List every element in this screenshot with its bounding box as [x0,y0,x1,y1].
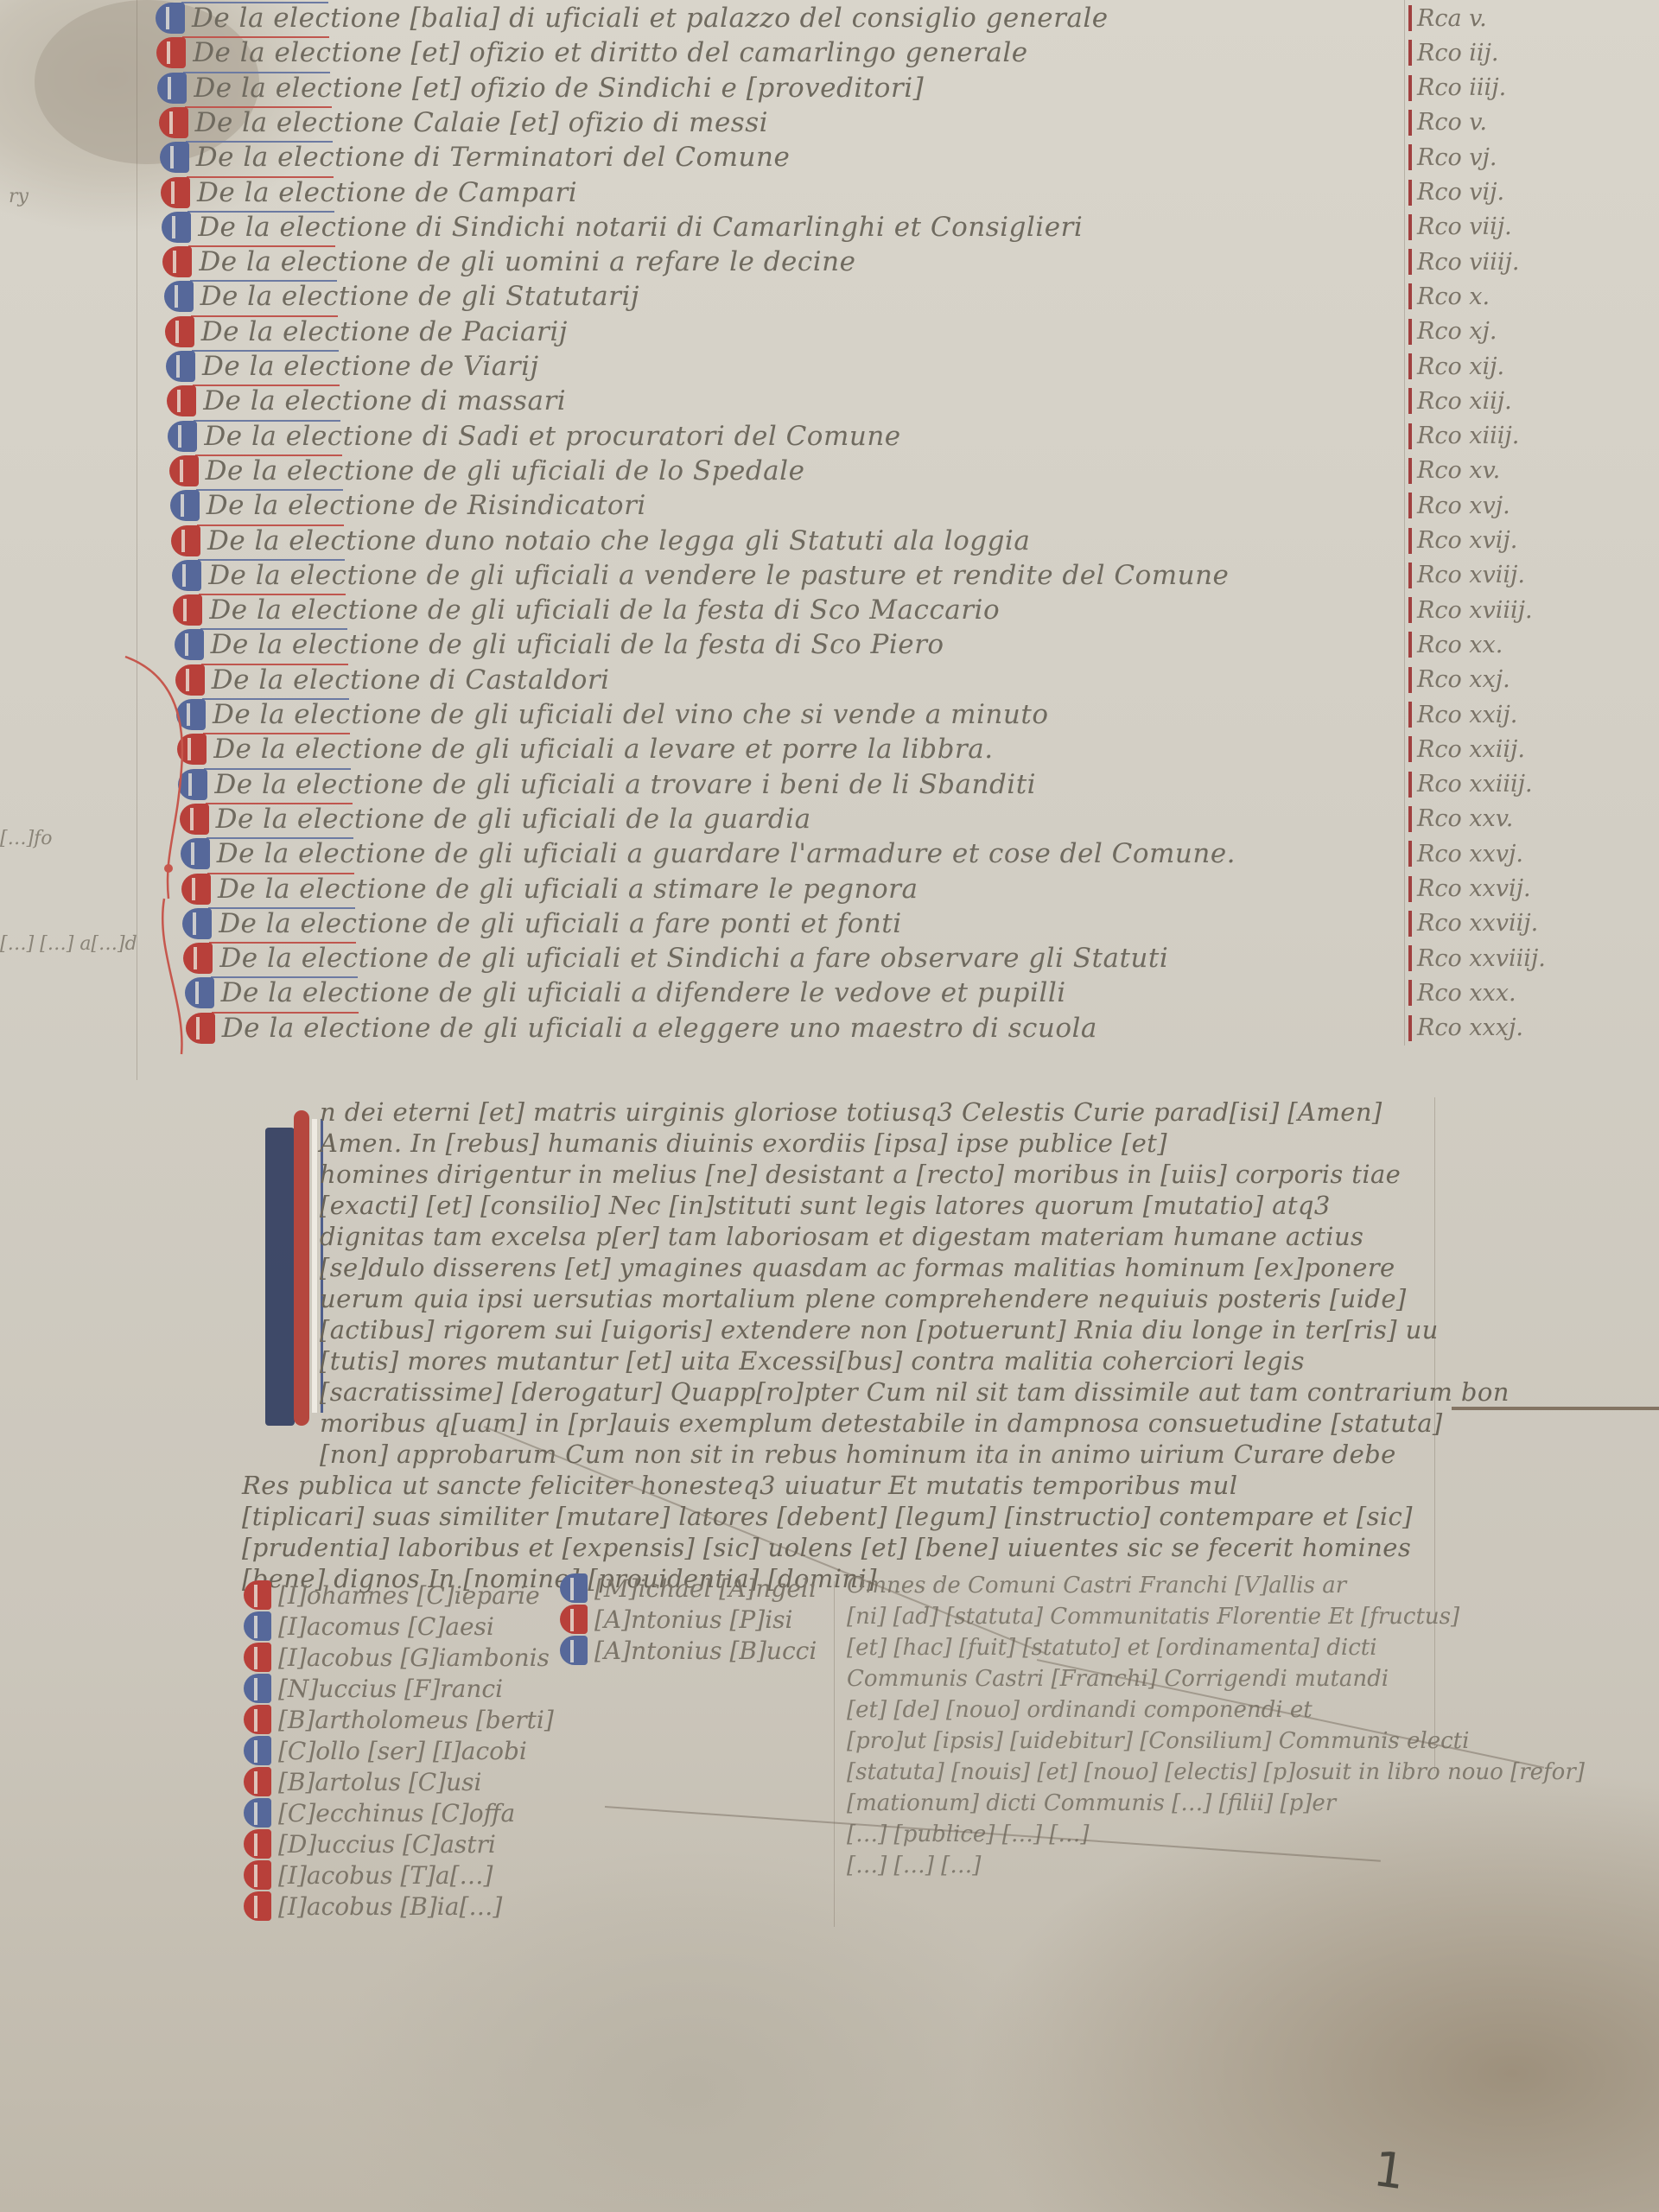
signature-entry: [C]ecchinus [C]offa [244,1796,515,1830]
rubric-number: Rco xxj. [1408,664,1510,696]
signature-block-line: [et] [hac] [fuit] [statuto] et [ordiname… [847,1635,1377,1668]
rubric-number-text: Rco xxxj. [1417,1014,1523,1041]
toc-entry: De la electione de gli uficiali de lo Sp… [169,454,805,487]
toc-entry-text: De la electione de gli Statutarij [200,281,639,312]
rubric-number: Rco xvj. [1408,489,1510,522]
paragraph-mark-icon [244,1611,271,1641]
rubric-bar-icon [1408,110,1412,136]
rubric-number-text: Rca v. [1417,5,1487,32]
rubric-line [190,280,337,282]
signature-name: [D]uccius [C]astri [278,1830,496,1859]
paragraph-mark-icon [244,1705,271,1734]
folio-number: 1 [1370,2141,1408,2201]
paragraph-mark-icon [161,177,190,208]
rubric-line [195,454,342,456]
rubric-line [208,907,355,909]
toc-entry: De la electione de Campari [161,176,577,209]
rubric-number: Rco xj. [1408,315,1497,348]
rubric-number: Rco vj. [1408,141,1497,174]
signature-name: [I]acobus [T]a[…] [278,1861,493,1890]
rubric-number-text: Rco vj. [1417,144,1497,171]
toc-entry: De la electione di Castaldori [175,664,610,696]
rubric-line [181,2,328,3]
rubric-line [207,873,354,874]
rubric-number-text: Rco xxv. [1417,805,1513,832]
paragraph-mark-icon [160,142,189,173]
rubric-line [188,245,335,247]
toc-entry-text: De la electione de gli uficiali de la fe… [211,629,944,660]
rubric-line [209,942,356,944]
prologue-line: Amen. In [rebus] humanis diuinis exordii… [320,1128,1167,1163]
signature-name: [B]artholomeus [berti] [278,1706,554,1734]
rubric-bar-icon [1408,597,1412,623]
rubric-line [197,524,344,526]
rubric-number-text: Rco xxij. [1417,702,1517,728]
rubric-line [212,1012,359,1014]
rubric-number: Rco xv. [1408,454,1500,487]
signature-entry: [B]artolus [C]usi [244,1764,482,1799]
rubric-line [193,385,340,386]
rubric-number-text: Rco xxvj. [1417,841,1523,868]
toc-entry-text: De la electione Calaie [et] ofizio di me… [195,107,768,138]
prologue-line: homines dirigentur in melius [ne] desist… [320,1160,1401,1194]
rubric-number: Rco xxij. [1408,698,1517,731]
signature-entry: [B]artholomeus [berti] [244,1702,554,1737]
rubric-number: Rco xxiij. [1408,733,1525,766]
paragraph-mark-icon [165,316,194,347]
rubric-number-text: Rco xxiij. [1417,736,1525,763]
rubric-bar-icon [1408,945,1412,971]
rubric-number-text: Rco xvj. [1417,493,1510,519]
toc-entry-text: De la electione de gli uficiali a levare… [213,734,993,765]
toc-entry-text: De la electione de gli uficiali a stimar… [218,874,918,905]
rubric-number-text: Rco xiiij. [1417,423,1519,449]
rubric-line [196,489,343,491]
rubric-number-text: Rco xiij. [1417,388,1512,415]
rubric-bar-icon [1408,841,1412,867]
rubric-number-text: Rco xxviiij. [1417,945,1546,972]
rubric-number-text: Rco viij. [1417,213,1512,240]
rubric-bar-icon [1408,1015,1412,1041]
rubric-number: Rco x. [1408,280,1490,313]
rubric-number: Rco iiij. [1408,72,1506,105]
toc-entry: De la electione de gli uficiali a stimar… [181,873,918,906]
toc-entry-text: De la electione duno notaio che legga gl… [207,525,1030,556]
rubric-bar-icon [1408,911,1412,937]
toc-entry: De la electione de gli uficiali et Sindi… [183,942,1168,975]
rubric-bar-icon [1408,772,1412,798]
rubric-number: Rco xxvj. [1408,837,1523,870]
rubric-number-text: Rco vij. [1417,179,1504,206]
toc-entry: De la electione de gli uficiali a fare p… [182,907,901,940]
rubric-bar-icon [1408,806,1412,832]
rubric-bar-icon [1408,493,1412,518]
rubric-number: Rco v. [1408,106,1487,139]
rubric-bar-icon [1408,980,1412,1006]
rubric-number-text: Rco xxvij. [1417,875,1531,902]
signature-name: [N]uccius [F]ranci [278,1675,503,1703]
rubric-number: Rco viiij. [1408,245,1519,278]
toc-entry: De la electione di Sindichi notarii di C… [162,211,1083,244]
rubric-line [203,733,350,734]
toc-entry-text: De la electione [balia] di uficiali et p… [192,3,1109,34]
signature-entry: [I]acobus [T]a[…] [244,1858,493,1892]
toc-entry: De la electione de gli uficiali a elegge… [186,1012,1097,1045]
paragraph-mark-icon [169,455,199,486]
rubric-number-text: Rco xxiiij. [1417,771,1533,798]
signature-entry: [C]ollo [ser] [I]acobi [244,1733,527,1768]
rubric-line [201,664,348,665]
rubric-number-text: Rco xxviij. [1417,910,1538,937]
paragraph-mark-icon [162,212,191,243]
toc-entry: De la electione de gli uficiali a difend… [185,976,1066,1009]
rubric-line [191,315,338,317]
rubric-number-text: Rco xxx. [1417,980,1516,1007]
rubric-bar-icon [1408,563,1412,588]
rubric-bar-icon [1408,75,1412,101]
signature-name: [A]ntonius [P]isi [594,1605,792,1634]
rubric-number-text: Rco x. [1417,283,1490,310]
toc-entry-text: De la electione di Castaldori [212,664,610,696]
rubric-number-text: Rco xvij. [1417,527,1517,554]
paragraph-mark-icon [157,73,187,104]
initial-red-stroke [294,1110,309,1426]
prologue-line: [exacti] [et] [consilio] Nec [in]stituti… [320,1191,1331,1225]
prologue-line: moribus q[uam] in [pr]auis exemplum dete… [320,1408,1443,1443]
paragraph-mark-icon [170,490,200,521]
toc-entry: De la electione de Paciarij [165,315,568,348]
rubric-bar-icon [1408,632,1412,658]
toc-entry: De la electione de gli uficiali a guarda… [181,837,1236,870]
toc-entry-text: De la electione [et] ofizio de Sindichi … [194,73,924,104]
toc-entry: De la electione de gli uficiali de la gu… [180,803,811,836]
toc-entry: De la electione de gli Statutarij [164,280,639,313]
toc-entry-text: De la electione de Risindicatori [207,490,646,521]
toc-entry-text: De la electione de gli uficiali del vino… [213,699,1048,730]
toc-entry-text: De la electione de gli uficiali a fare p… [219,908,901,939]
toc-entry: De la electione de gli uficiali a trovar… [178,768,1036,801]
paragraph-mark-icon [244,1643,271,1672]
rubric-bar-icon [1408,319,1412,345]
toc-entry: De la electione de gli uficiali a levare… [177,733,993,766]
rubric-bar-icon [1408,423,1412,449]
signature-block-line: Communis Castri [Franchi] Corrigendi mut… [847,1666,1389,1699]
rubric-number-text: Rco iiij. [1417,74,1506,101]
toc-entry-text: De la electione de gli uficiali de la fe… [209,594,1000,626]
signature-entry: [A]ntonius [B]ucci [560,1633,817,1668]
margin-note-top-left: ry [9,186,29,207]
paragraph-mark-icon [244,1860,271,1890]
rubric-number: Rca v. [1408,2,1487,35]
rubric-number: Rco xiij. [1408,385,1512,417]
toc-entry-text: De la electione [et] ofizio et diritto d… [193,37,1027,68]
prologue-line: [tiplicari] suas similiter [mutare] lato… [242,1502,1413,1536]
rubric-line [207,837,353,839]
paragraph-mark-icon [244,1736,271,1765]
paragraph-mark-icon [244,1767,271,1796]
rubric-line [186,141,333,143]
rubric-number: Rco xxv. [1408,803,1513,836]
paragraph-mark-icon [244,1674,271,1703]
toc-entry: De la electione de Risindicatori [170,489,646,522]
toc-entry: De la electione Calaie [et] ofizio di me… [159,106,768,139]
rubric-number-text: Rco xviiij. [1417,597,1533,624]
paragraph-mark-icon [244,1798,271,1827]
paragraph-mark-icon [560,1636,588,1665]
toc-entry-text: De la electione de gli uficiali de lo Sp… [206,455,805,486]
rubric-number: Rco xviiij. [1408,594,1533,626]
rubric-bar-icon [1408,876,1412,902]
toc-entry: De la electione [balia] di uficiali et p… [156,2,1109,35]
signature-entry: [A]ntonius [P]isi [560,1602,792,1637]
signature-entry: [M]ichael [A]ngeli [560,1571,817,1605]
signature-entry: [N]uccius [F]ranci [244,1671,503,1706]
rubric-number-text: Rco v. [1417,109,1487,136]
paragraph-mark-icon [162,246,192,277]
rubric-bar-icon [1408,736,1412,762]
manuscript-page: De la electione [balia] di uficiali et p… [0,0,1659,2212]
toc-entry: De la electione duno notaio che legga gl… [171,524,1030,557]
rubric-line [182,36,329,38]
toc-entry: De la electione de gli uficiali de la fe… [173,594,1000,626]
rubric-bar-icon [1408,528,1412,554]
toc-entry-text: De la electione de gli uficiali de la gu… [216,804,811,835]
toc-entry-text: De la electione de Viarij [202,351,539,382]
margin-note-left-1: […]fo [0,828,53,849]
signature-name: [A]ntonius [B]ucci [594,1637,817,1665]
prologue-line: uerum quia ipsi uersutias mortalium plen… [320,1284,1407,1319]
toc-entry: De la electione de gli uficiali de la fe… [175,628,944,661]
rubric-bar-icon [1408,144,1412,170]
initial-white-stroke [312,1119,317,1413]
signature-block-line: [statuta] [nouis] [et] [nouo] [electis] … [847,1759,1585,1792]
paragraph-mark-icon [172,560,201,591]
rubric-number: Rco xxiiij. [1408,768,1533,801]
prologue-line: [sacratissime] [derogatur] Quapp[ro]pter… [320,1377,1510,1412]
toc-entry-text: De la electione de gli uficiali et Sindi… [219,943,1168,974]
signature-entry: [I]acobus [B]ia[…] [244,1889,502,1923]
rubric-bar-icon [1408,40,1412,66]
rubric-number: Rco vij. [1408,176,1504,209]
toc-entry-text: De la electione de gli uficiali a difend… [221,977,1066,1008]
rubric-number-text: Rco iij. [1417,40,1499,67]
prologue-line: [prudentia] laboribus et [expensis] [sic… [242,1533,1411,1567]
toc-entry: De la electione de gli uficiali a vender… [172,559,1229,592]
toc-entry: De la electione di Sadi et procuratori d… [168,420,900,453]
rubric-number: Rco xxxj. [1408,1012,1523,1045]
rubric-bar-icon [1408,458,1412,484]
signature-block-line: […] […] […] [847,1853,981,1885]
toc-entry: De la electione di Terminatori del Comun… [160,141,791,174]
prologue-line: n dei eterni [et] matris uirginis glorio… [320,1097,1382,1132]
signature-entry: [I]ohannes [C]ieparie [244,1578,540,1612]
toc-entry-text: De la electione de Paciarij [201,316,568,347]
signature-name: [I]ohannes [C]ieparie [278,1581,540,1610]
rubric-number: Rco viij. [1408,211,1512,244]
rubric-line [204,768,351,770]
signature-entry: [D]uccius [C]astri [244,1827,496,1861]
prologue-line: [non] approbarum Cum non sit in rebus ho… [320,1440,1396,1474]
paragraph-mark-icon [156,37,186,68]
toc-entry: De la electione de Viarij [166,350,539,383]
signature-entry: [I]acomus [C]aesi [244,1609,494,1643]
paragraph-mark-icon [244,1829,271,1859]
paragraph-mark-icon [164,281,194,312]
rubric-number-text: Rco xv. [1417,457,1500,484]
paragraph-mark-icon [173,594,202,626]
rubric-line [199,594,346,595]
toc-entry: De la electione [et] ofizio et diritto d… [156,36,1027,69]
rubric-number: Rco xxvij. [1408,873,1531,906]
ruling-line-signature-col [834,1581,835,1927]
initial-blue-stroke [265,1128,295,1426]
rubric-line [188,211,334,213]
toc-entry: De la electione [et] ofizio de Sindichi … [157,72,924,105]
signature-block-line: [mationum] dicti Communis […] [filii] [p… [847,1790,1336,1823]
signature-name: [I]acobus [B]ia[…] [278,1892,502,1921]
parchment-crack [1452,1407,1659,1410]
signature-name: [M]ichael [A]ngeli [594,1574,817,1603]
signature-block-line: [pro]ut [ipsis] [uidebitur] [Consilium] … [847,1728,1469,1761]
toc-entry-text: De la electione de gli uficiali a guarda… [217,838,1236,869]
toc-entry-text: De la electione de gli uficiali a trovar… [214,769,1036,800]
rubric-number: Rco xx. [1408,628,1503,661]
rubric-number: Rco xij. [1408,350,1504,383]
signature-name: [C]ollo [ser] [I]acobi [278,1737,527,1765]
toc-entry: De la electione di massari [167,385,566,417]
paragraph-mark-icon [159,107,188,138]
toc-entry-text: De la electione di Sindichi notarii di C… [198,212,1083,243]
toc-entry-text: De la electione de gli uomini a refare l… [199,246,855,277]
prologue-line: dignitas tam excelsa p[er] tam laboriosa… [320,1222,1363,1256]
rubric-number: Rco xxviiij. [1408,942,1546,975]
rubric-number-text: Rco xj. [1417,318,1497,345]
rubric-bar-icon [1408,5,1412,31]
rubric-number: Rco xviij. [1408,559,1525,592]
rubric-number-text: Rco viiij. [1417,249,1519,276]
rubric-line [200,628,347,630]
paragraph-mark-icon [171,525,200,556]
rubric-line [192,350,339,352]
rubric-number: Rco xxx. [1408,976,1516,1009]
paragraph-mark-icon [156,3,185,34]
rubric-number-text: Rco xxj. [1417,666,1510,693]
prologue-line: Res publica ut sancte feliciter honesteq… [242,1471,1237,1505]
signature-name: [C]ecchinus [C]offa [278,1799,515,1827]
paragraph-mark-icon [168,421,197,452]
toc-entry: De la electione de gli uomini a refare l… [162,245,855,278]
signature-name: [I]acomus [C]aesi [278,1612,494,1641]
signature-block-line: Omnes de Comuni Castri Franchi [V]allis … [847,1573,1346,1605]
rubric-line [206,803,353,804]
rubric-bar-icon [1408,283,1412,309]
paragraph-mark-icon [244,1891,271,1921]
toc-entry: De la electione de gli uficiali del vino… [176,698,1048,731]
toc-entry-text: De la electione de gli uficiali a elegge… [222,1013,1097,1044]
rubric-line [185,106,332,108]
rubric-line [183,72,330,73]
ruling-line-ref [1404,0,1405,1046]
rubric-line [202,698,349,700]
paragraph-mark-icon [560,1605,588,1634]
rubric-number: Rco xxviij. [1408,907,1538,940]
rubric-number-text: Rco xij. [1417,353,1504,380]
rubric-number: Rco xvij. [1408,524,1517,557]
rubric-number: Rco iij. [1408,36,1499,69]
toc-entry-text: De la electione di Sadi et procuratori d… [204,421,900,452]
signature-name: [B]artolus [C]usi [278,1768,482,1796]
rubric-line [194,420,340,422]
rubric-line [211,976,358,978]
rubric-bar-icon [1408,388,1412,414]
paragraph-mark-icon [166,351,195,382]
rubric-line [198,559,345,561]
rubric-line [187,176,334,178]
toc-entry-text: De la electione di massari [203,385,566,416]
margin-flourish-icon [104,639,199,1089]
paragraph-mark-icon [560,1573,588,1603]
rubric-bar-icon [1408,180,1412,206]
signature-name: [I]acobus [G]iambonis [278,1643,550,1672]
prologue-line: [tutis] mores mutantur [et] uita Excessi… [320,1346,1305,1381]
rubric-bar-icon [1408,702,1412,728]
rubric-bar-icon [1408,214,1412,240]
paragraph-mark-icon [167,385,196,416]
rubric-bar-icon [1408,667,1412,693]
rubric-number-text: Rco xx. [1417,632,1503,658]
paragraph-mark-icon [244,1580,271,1610]
toc-entry-text: De la electione di Terminatori del Comun… [196,142,791,173]
rubric-bar-icon [1408,353,1412,379]
prologue-line: [actibus] rigorem sui [uigoris] extender… [320,1315,1439,1350]
rubric-number: Rco xiiij. [1408,420,1519,453]
toc-entry-text: De la electione de Campari [197,177,577,208]
toc-entry-text: De la electione de gli uficiali a vender… [208,560,1229,591]
signature-entry: [I]acobus [G]iambonis [244,1640,550,1675]
rubric-number-text: Rco xviij. [1417,562,1525,588]
rubric-bar-icon [1408,249,1412,275]
prologue-line: [se]dulo disserens [et] ymagines quasdam… [320,1253,1395,1287]
